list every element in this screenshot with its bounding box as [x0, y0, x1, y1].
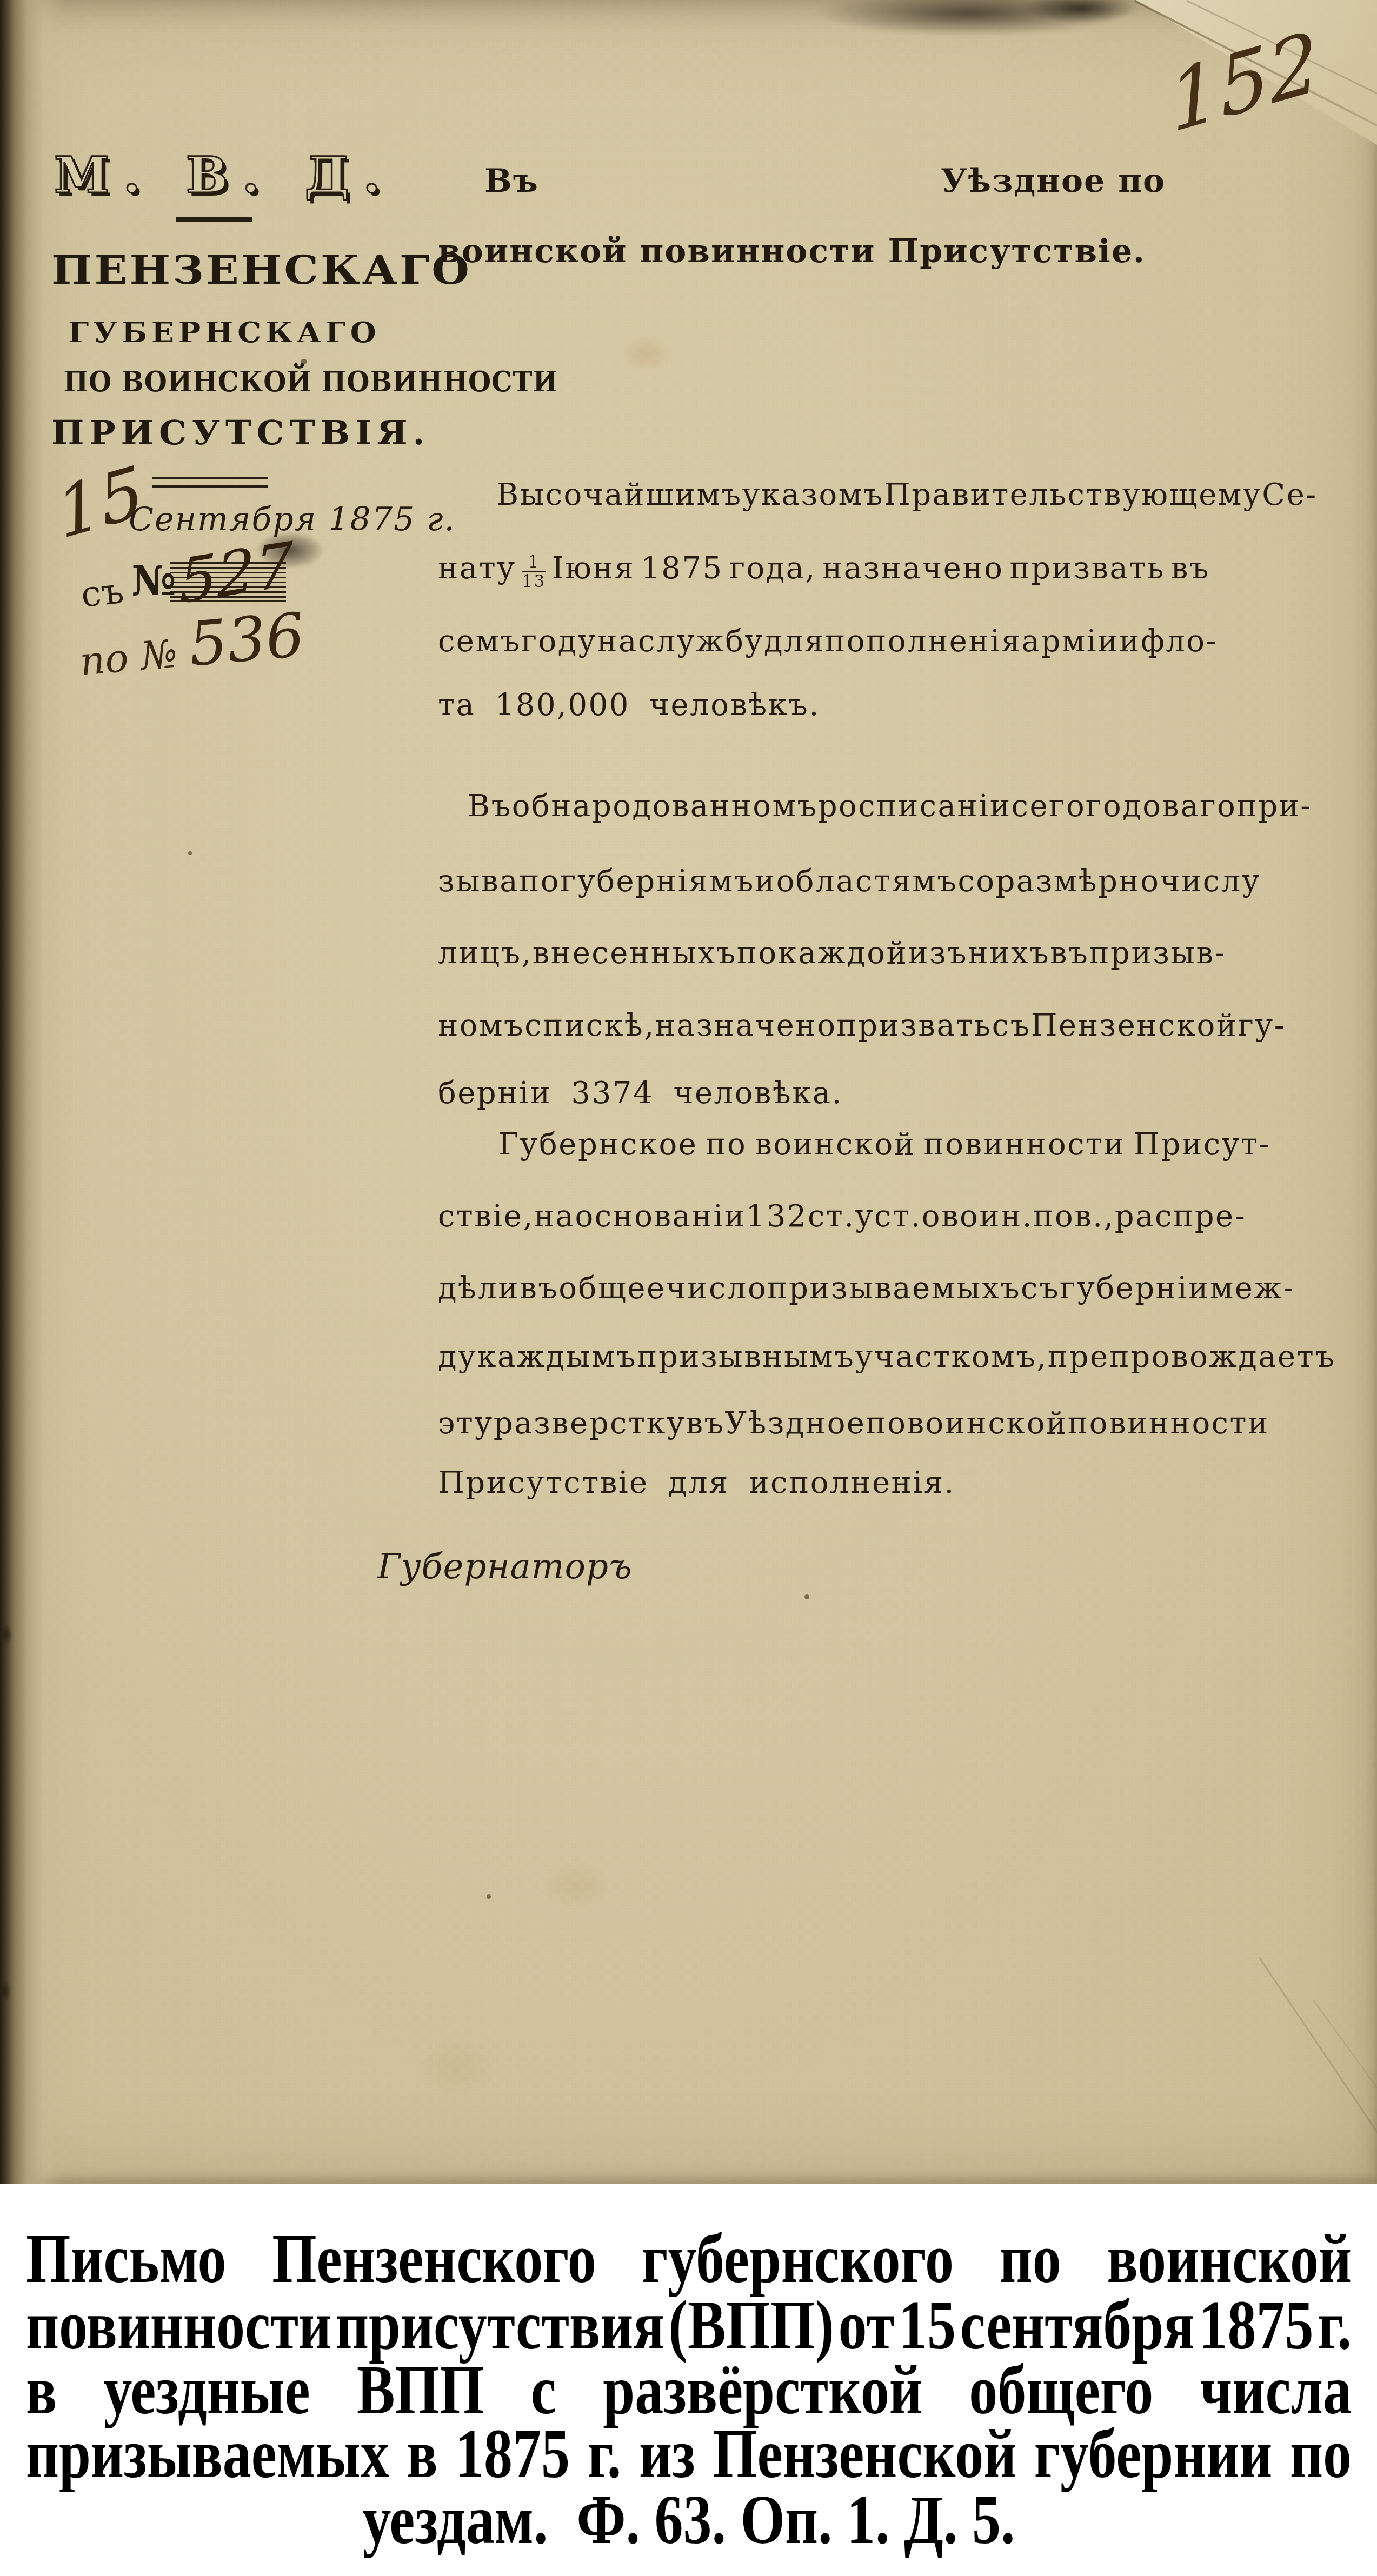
caption-band: ПисьмоПензенскогогубернскогоповоинскойпо… [0, 2184, 1377, 2576]
handwritten-per-number: по № 536 [76, 600, 307, 690]
body-line: ствіе,наоснованіи132ст.уст.овоин.пов.,ра… [438, 1199, 1210, 1234]
body-line: ВысочайшимъуказомъПравительствующемуСе- [438, 477, 1268, 512]
body-line: семъгодунаслужбудляпополненіяарміиифло- [438, 624, 1210, 659]
number-sign: № [131, 557, 176, 605]
body-line: зывапогуберніямъиобластямъсоразмѣрночисл… [438, 864, 1210, 899]
document-scan: М. В. Д. ПЕНЗЕНСКАГО ГУБЕРНСКАГО ПО ВОИН… [0, 0, 1377, 2576]
addressee-line2: воинской повинности Присутствіе. [438, 232, 1146, 270]
body-line: этуразверсткувъУѣздноеповоинскойповиннос… [438, 1406, 1210, 1441]
letterhead-ministry: М. В. Д. [51, 146, 397, 204]
fold-crease [1313, 2000, 1377, 2158]
per-prefix: по № [78, 631, 179, 684]
body-line: берніи 3374 человѣка. [438, 1076, 1210, 1111]
paper-stain [622, 335, 670, 373]
body-line: номъспискѣ,назначенопризватьсъПензенской… [438, 1008, 1210, 1043]
addressee-uezd: Уѣздное по [941, 162, 1166, 200]
letterhead-presence: ПРИСУТСТВІЯ. [51, 414, 397, 452]
printed-from-prefix: съ [79, 570, 126, 616]
body-line: нату113Іюня1875года,назначенопризватьвъ [438, 551, 1210, 588]
paper-stain [416, 2038, 497, 2097]
letterhead-province: ПЕНЗЕНСКАГО [51, 246, 397, 293]
paper-sheet: М. В. Д. ПЕНЗЕНСКАГО ГУБЕРНСКАГО ПО ВОИН… [0, 0, 1377, 2184]
addressee-to: Въ [484, 162, 539, 200]
body-line: дукаждымъпризывнымъучасткомъ,препровожда… [438, 1339, 1210, 1374]
date-fraction: 113 [522, 554, 546, 591]
signature-title: Губернаторъ [377, 1547, 633, 1587]
caption-last-line: уездам. Ф. 63. Оп. 1. Д. 5. [26, 2480, 1352, 2560]
body-line: Присутствіе для исполненія. [438, 1465, 1210, 1500]
letterhead-rule [176, 217, 252, 222]
body-line: Въобнародованномъросписаніисегогодовагоп… [438, 789, 1240, 824]
letterhead-double-rule [152, 477, 268, 488]
page-number-handwritten: 152 [1165, 14, 1323, 152]
body-line: дѣливъобщеечислопризываемыхъсъгуберніиме… [438, 1271, 1210, 1306]
letterhead-military: ПО ВОИНСКОЙ ПОВИННОСТИ [63, 365, 385, 398]
fold-crease [1259, 1957, 1377, 2146]
letterhead-gubernia: ГУБЕРНСКАГО [51, 316, 397, 349]
body-line: та 180,000 человѣкъ. [438, 688, 1210, 723]
per-number: 536 [186, 600, 307, 680]
tear-smudge [1006, 0, 1157, 28]
body-line: лицъ,внесенныхъпокаждойизънихъвъпризыв- [438, 936, 1210, 971]
letterhead: М. В. Д. ПЕНЗЕНСКАГО ГУБЕРНСКАГО ПО ВОИН… [51, 146, 397, 503]
paper-stain [541, 1859, 611, 1911]
body-line: ГубернскоеповоинскойповинностиПрисут- [438, 1127, 1270, 1162]
